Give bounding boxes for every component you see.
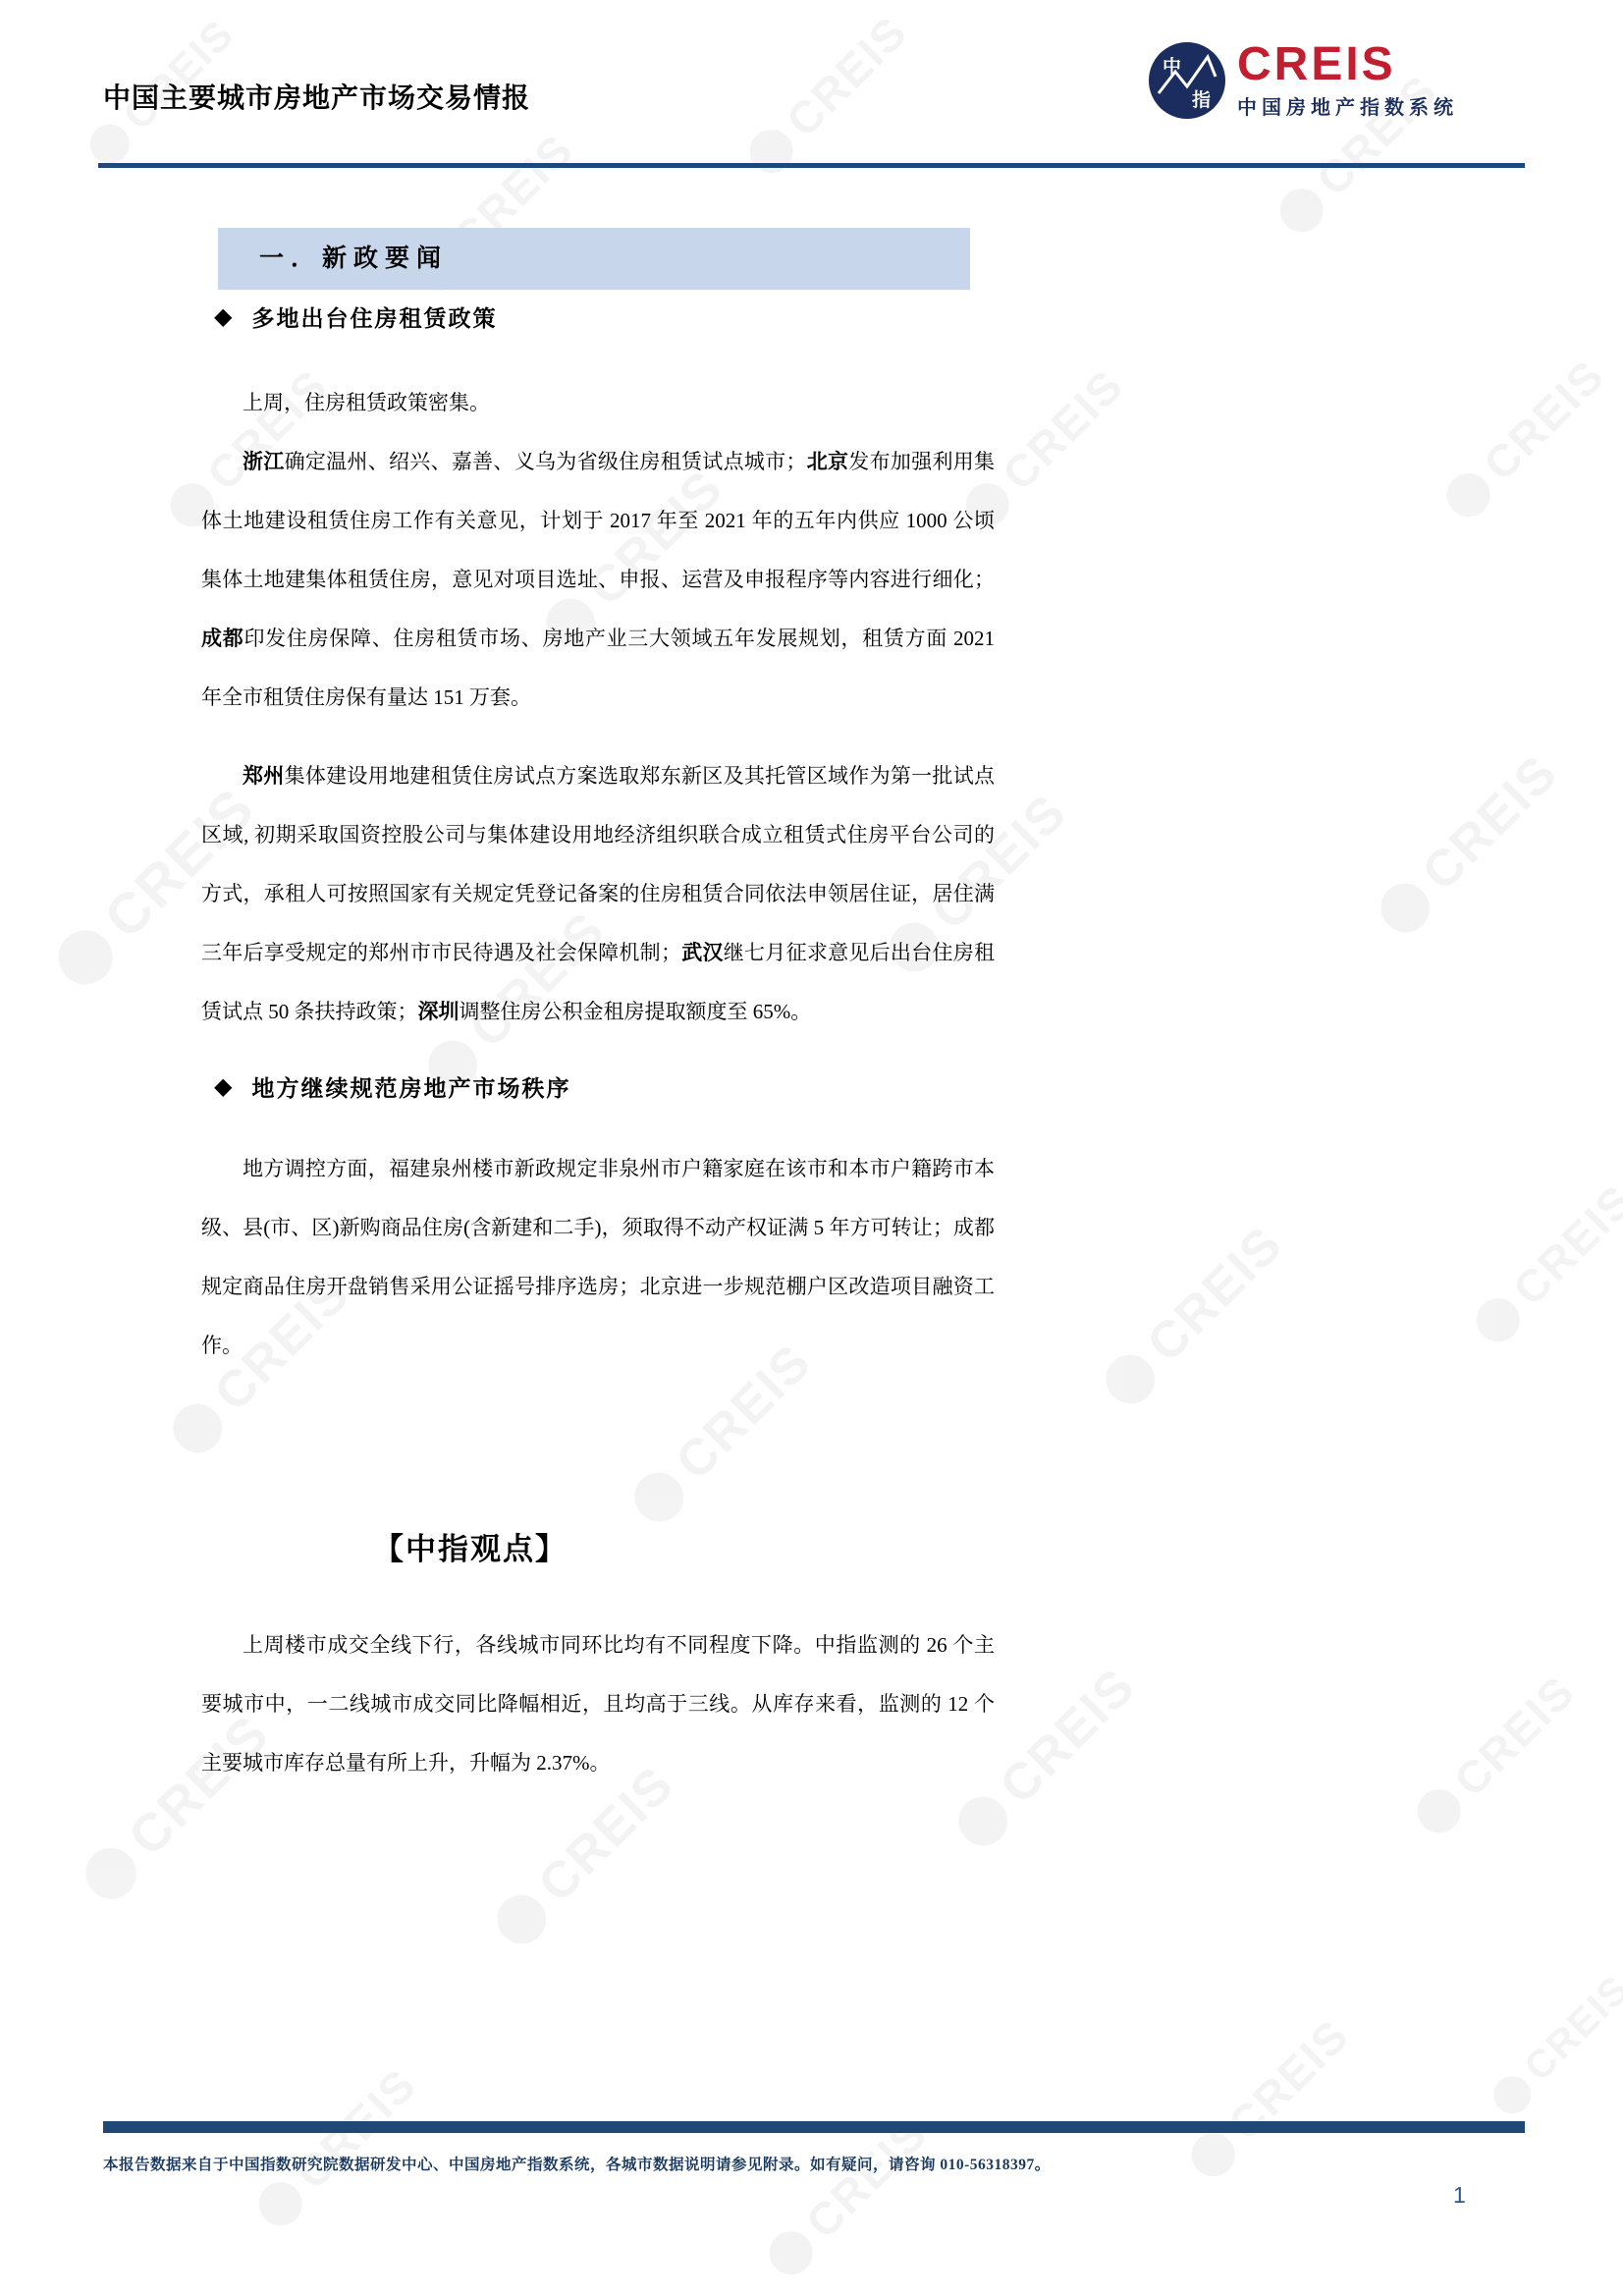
creis-watermark: CREIS	[1464, 1174, 1623, 1354]
bullet-title: 多地出台住房租赁政策	[251, 301, 497, 333]
watermark-text: CREIS	[776, 5, 918, 147]
logo-circle-icon: 中 指	[1149, 42, 1225, 119]
page-title: 中国主要城市房地产市场交易情报	[103, 77, 530, 116]
paragraph: 地方调控方面，福建泉州楼市新政规定非泉州市户籍家庭在该市和本市户籍跨市本级、县(…	[201, 1139, 995, 1375]
watermark-circle-icon	[1468, 1289, 1529, 1350]
creis-watermark: CREIS	[1434, 349, 1615, 529]
watermark-circle-icon	[624, 1462, 693, 1531]
watermark-circle-icon	[1096, 1344, 1164, 1413]
creis-watermark: CREIS	[757, 2106, 938, 2287]
watermark-circle-icon	[761, 2222, 822, 2283]
diamond-bullet-icon: ◆	[214, 305, 232, 329]
watermark-circle-icon	[741, 121, 802, 182]
creis-logo: 中 指 CREIS 中国房地产指数系统	[1149, 41, 1458, 120]
creis-watermark: CREIS	[1405, 1665, 1586, 1845]
diamond-bullet-icon: ◆	[214, 1075, 232, 1099]
logo-char-zhong: 中	[1163, 52, 1181, 79]
logo-char-zhi: 指	[1192, 85, 1211, 112]
watermark-circle-icon	[1409, 1780, 1470, 1841]
watermark-text: CREIS	[114, 10, 243, 139]
header-rule	[98, 163, 1525, 168]
section-heading: 一．新政要闻	[218, 228, 970, 290]
watermark-text: CREIS	[989, 1657, 1148, 1816]
bullet-item-market-order: ◆ 地方继续规范房地产市场秩序	[214, 1070, 570, 1103]
watermark-circle-icon	[1486, 2068, 1539, 2121]
watermark-text: CREIS	[1411, 743, 1570, 902]
paragraph: 上周，住房租赁政策密集。	[201, 373, 995, 432]
watermark-text: CREIS	[1473, 349, 1615, 491]
watermark-circle-icon	[47, 919, 124, 996]
watermark-circle-icon	[487, 1885, 556, 1953]
logo-subtitle: 中国房地产指数系统	[1237, 91, 1458, 120]
watermark-circle-icon	[1438, 465, 1499, 525]
watermark-text: CREIS	[1136, 1215, 1295, 1374]
watermark-circle-icon	[1371, 873, 1439, 942]
report-page: CREISCREISCREISCREISCREISCREISCREISCREIS…	[0, 0, 1623, 2296]
logo-text: CREIS 中国房地产指数系统	[1237, 41, 1458, 120]
creis-watermark: CREIS	[1483, 1967, 1623, 2123]
watermark-circle-icon	[948, 1786, 1017, 1855]
creis-watermark: CREIS	[1093, 1215, 1295, 1417]
creis-watermark: CREIS	[737, 5, 918, 186]
footer-rule	[103, 2121, 1525, 2133]
page-number: 1	[1453, 2182, 1466, 2209]
watermark-text: CREIS	[1443, 1665, 1586, 1807]
watermark-text: CREIS	[992, 358, 1134, 501]
bullet-item-rental-policy: ◆ 多地出台住房租赁政策	[214, 301, 497, 333]
watermark-text: CREIS	[1516, 1967, 1623, 2090]
watermark-text: CREIS	[1502, 1174, 1623, 1316]
footer-note: 本报告数据来自于中国指数研究院数据研发中心、中国房地产指数系统，各城市数据说明请…	[103, 2153, 1478, 2174]
bullet-title: 地方继续规范房地产市场秩序	[251, 1070, 570, 1103]
watermark-circle-icon	[163, 1394, 232, 1462]
creis-watermark: CREIS	[1368, 743, 1570, 946]
viewpoint-paragraph: 上周楼市成交全线下行，各线城市同环比均有不同程度下降。中指监测的 26 个主要城…	[201, 1615, 995, 1792]
watermark-circle-icon	[76, 1837, 147, 1909]
viewpoint-heading: 【中指观点】	[373, 1524, 568, 1568]
logo-wordmark: CREIS	[1237, 41, 1396, 88]
logo-chart-line-icon	[1149, 42, 1225, 119]
paragraph: 郑州集体建设用地建租赁住房试点方案选取郑东新区及其托管区域作为第一批试点区域, …	[201, 746, 995, 1041]
watermark-circle-icon	[1271, 180, 1332, 241]
watermark-circle-icon	[250, 2173, 311, 2234]
paragraph: 浙江确定温州、绍兴、嘉善、义乌为省级住房租赁试点城市；北京发布加强利用集体土地建…	[201, 432, 995, 727]
creis-watermark: CREIS	[246, 2057, 427, 2238]
